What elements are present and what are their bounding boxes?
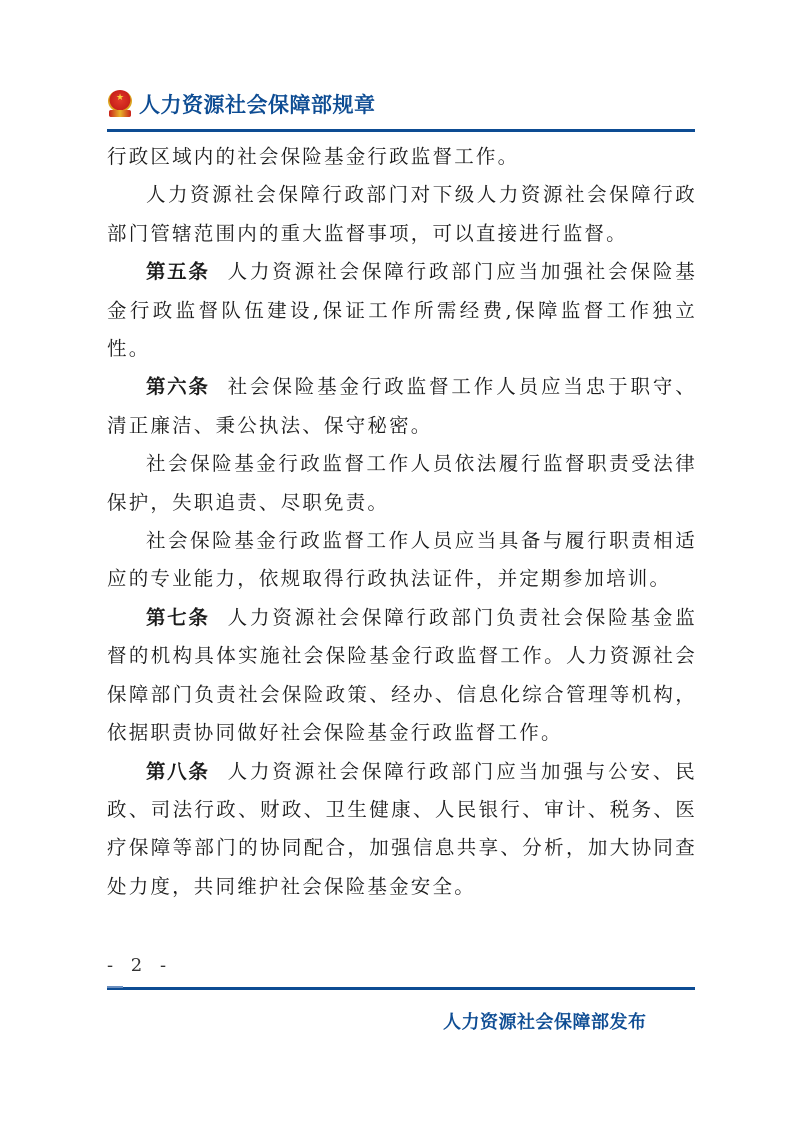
article-6: 第六条社会保险基金行政监督工作人员应当忠于职守、清正廉洁、秉公执法、保守秘密。 [107,368,697,445]
article-5: 第五条人力资源社会保障行政部门应当加强社会保险基金行政监督队伍建设,保证工作所需… [107,253,697,368]
article-number: 第八条 [146,760,210,783]
article-8: 第八条人力资源社会保障行政部门应当加强与公安、民政、司法行政、财政、卫生健康、人… [107,753,697,907]
document-body: 行政区域内的社会保险基金行政监督工作。 人力资源社会保障行政部门对下级人力资源社… [107,138,697,906]
paragraph: 人力资源社会保障行政部门对下级人力资源社会保障行政部门管辖范围内的重大监督事项，… [107,176,697,253]
footer-publisher: 人力资源社会保障部发布 [443,1008,647,1034]
paragraph: 行政区域内的社会保险基金行政监督工作。 [107,138,697,176]
footer-divider-accent [107,986,123,988]
page-number: - 2 - [107,955,172,976]
article-number: 第五条 [146,260,210,283]
header-divider [107,129,695,132]
article-number: 第七条 [146,606,210,629]
document-header: ★ 人力资源社会保障部规章 [105,86,376,122]
article-number: 第六条 [146,375,210,398]
paragraph: 社会保险基金行政监督工作人员应当具备与履行职责相适应的专业能力，依规取得行政执法… [107,522,697,599]
article-7: 第七条人力资源社会保障行政部门负责社会保险基金监督的机构具体实施社会保险基金行政… [107,599,697,753]
national-emblem-icon: ★ [105,89,135,119]
header-title: 人力资源社会保障部规章 [139,89,376,119]
footer-divider [107,987,695,990]
paragraph: 社会保险基金行政监督工作人员依法履行监督职责受法律保护，失职追责、尽职免责。 [107,445,697,522]
